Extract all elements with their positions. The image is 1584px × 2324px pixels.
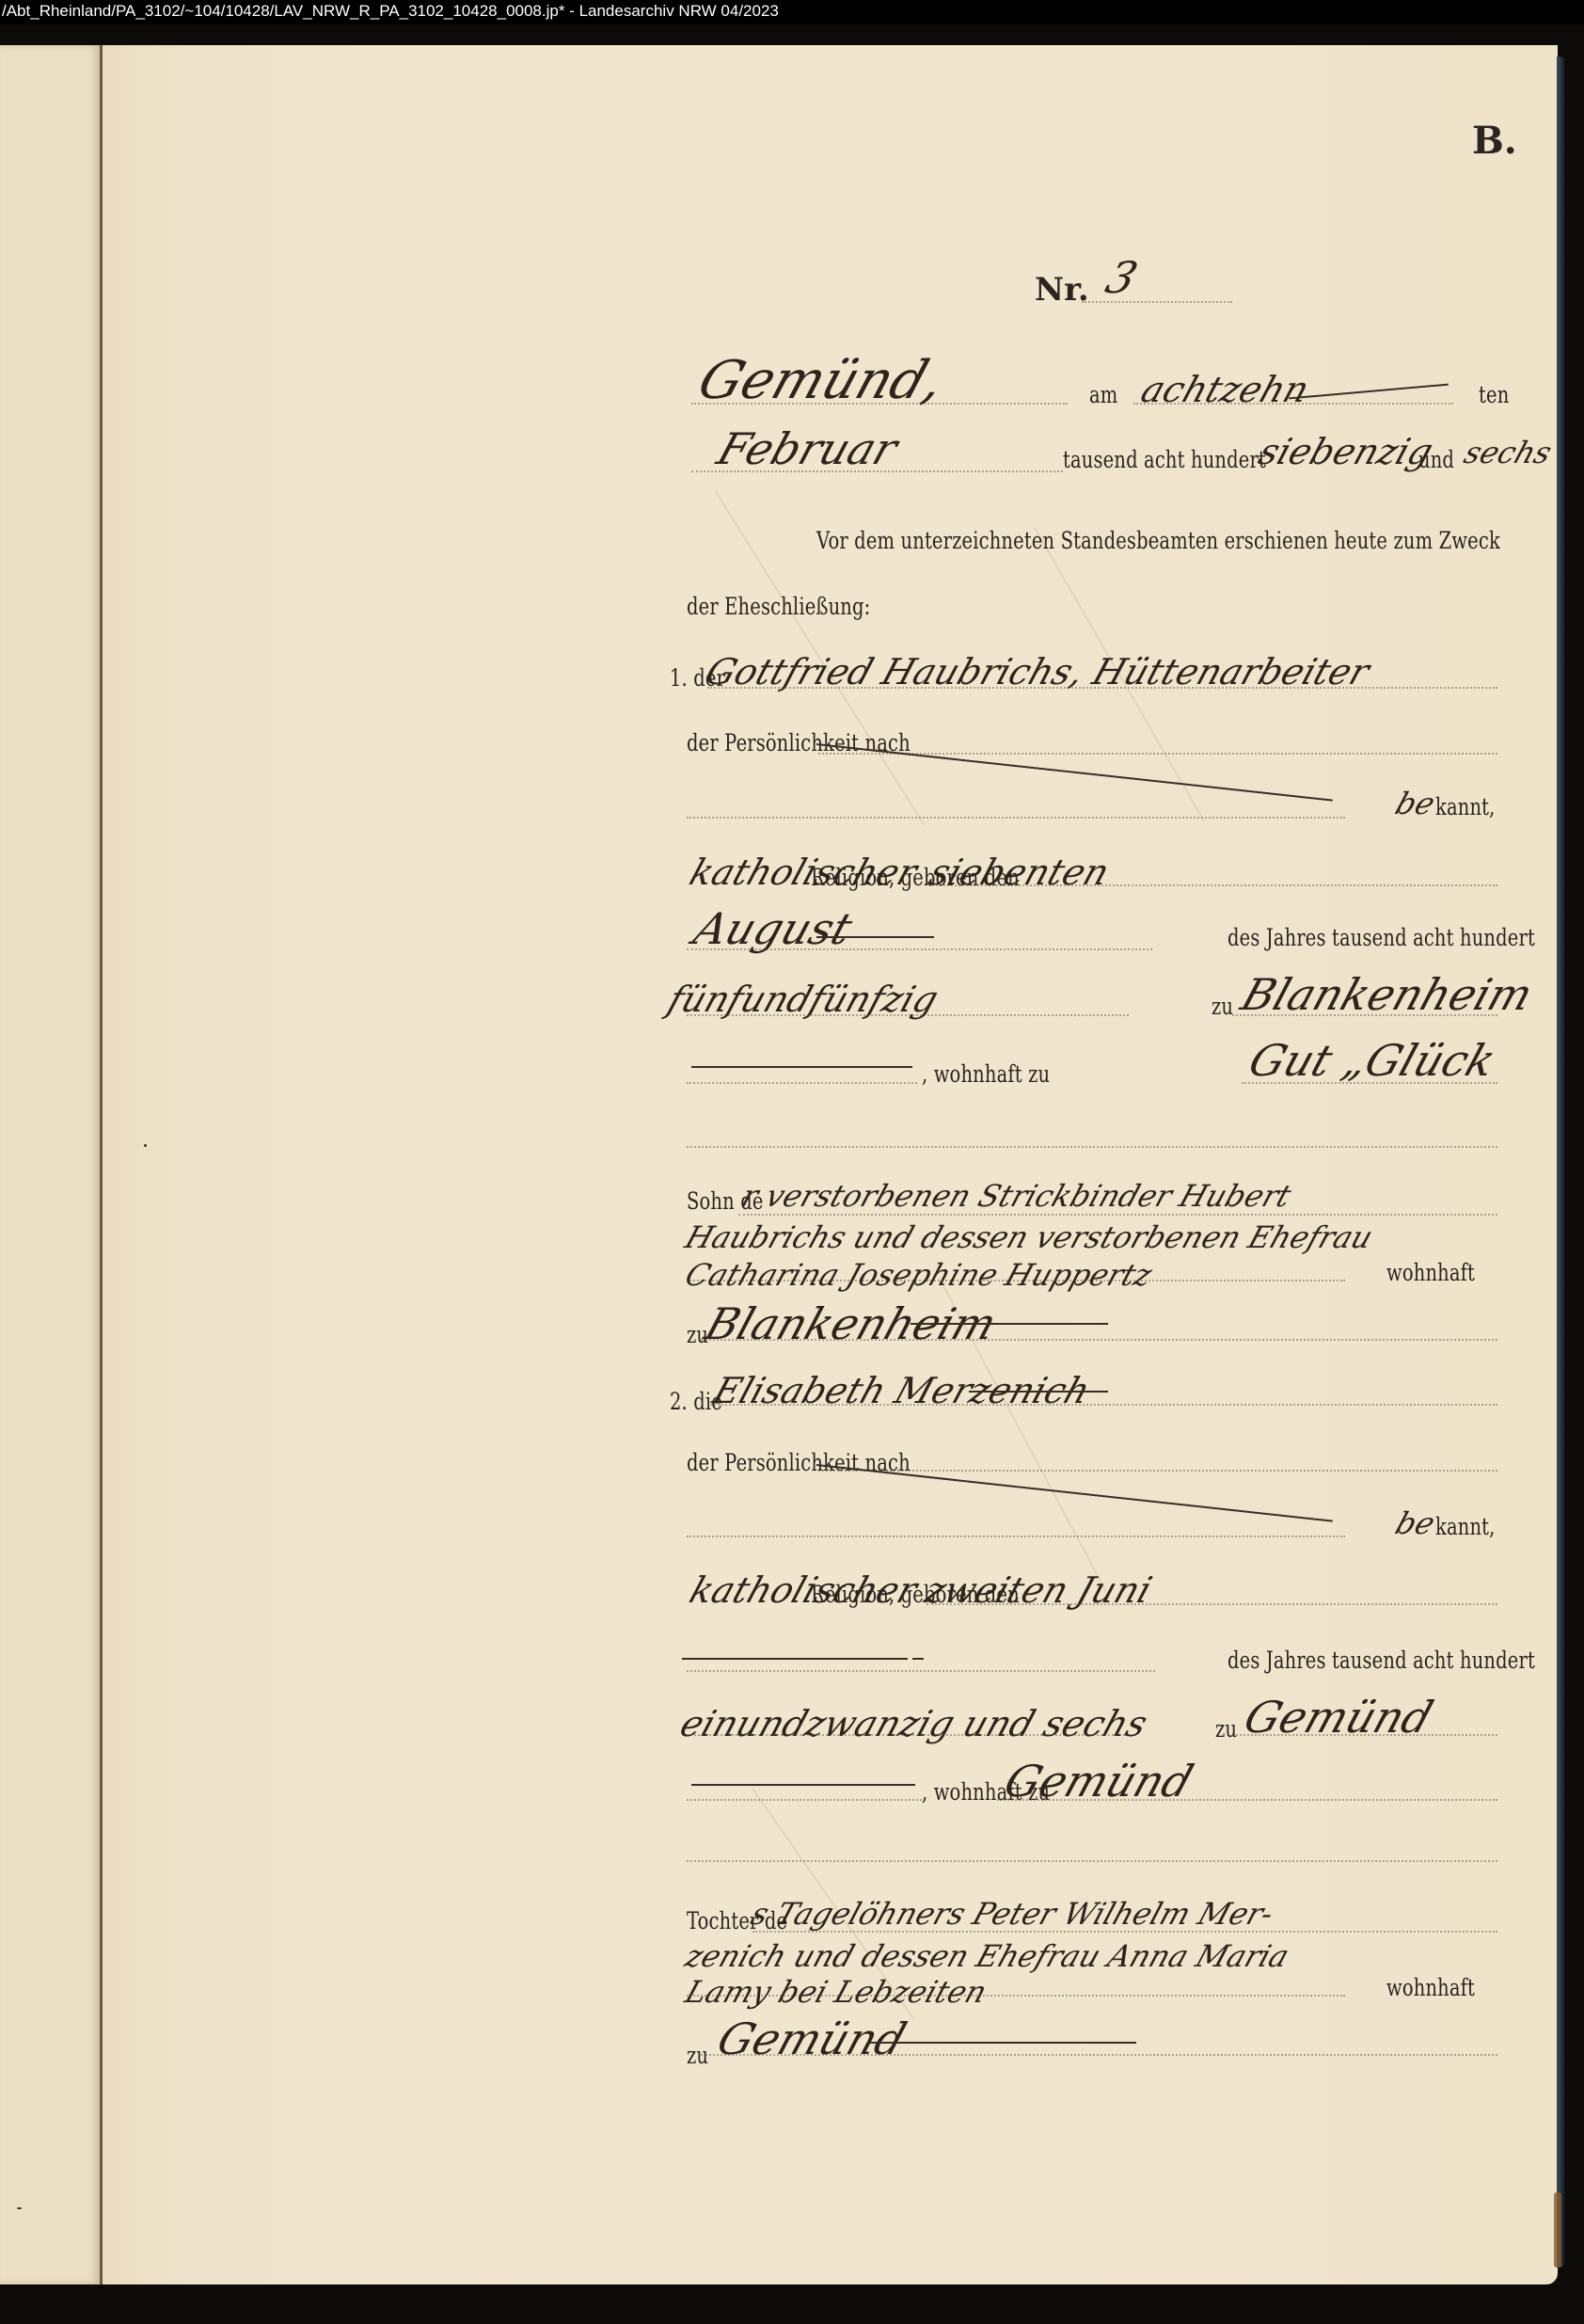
left-page	[0, 45, 101, 2284]
fill-stroke	[691, 1784, 915, 1786]
dotted-line	[707, 1404, 1497, 1406]
label-und: und	[1418, 446, 1454, 473]
groom-born-at-label: zu	[1212, 993, 1233, 1020]
bride-parents-residence-label: wohnhaft	[1386, 1974, 1475, 2001]
dotted-line	[707, 687, 1497, 689]
dotted-line	[929, 884, 1497, 886]
groom-parents-line1: r verstorbenen Strickbinder Hubert	[737, 1178, 1296, 1214]
record-number-label: Nr.	[1035, 271, 1089, 309]
dotted-line	[687, 1995, 1345, 1997]
groom-parents-line2: Haubrichs und dessen verstorbenen Ehefra…	[681, 1219, 1378, 1255]
bride-identity-suffix: kannt,	[1435, 1513, 1496, 1540]
paper-speck	[144, 1144, 147, 1147]
dotted-line	[687, 817, 1345, 819]
fill-stroke	[969, 1391, 1108, 1393]
groom-birth-day: siebenten	[925, 852, 1115, 893]
viewer-title-bar: /Abt_Rheinland/PA_3102/~104/10428/LAV_NR…	[0, 0, 1584, 24]
dotted-line	[687, 1860, 1497, 1862]
date-year-ones: sechs	[1460, 435, 1557, 470]
bride-parents-line3: Lamy bei Lebzeiten	[681, 1974, 991, 2010]
groom-residence: Gut „Glück	[1243, 1035, 1502, 1086]
intro-text-line2: der Eheschließung:	[687, 593, 870, 620]
date-month: Februar	[711, 423, 904, 474]
label-am: am	[1089, 381, 1117, 408]
fill-stroke	[691, 1066, 912, 1068]
dotted-line	[1133, 403, 1453, 405]
viewer-title: /Abt_Rheinland/PA_3102/~104/10428/LAV_NR…	[2, 2, 779, 20]
label-year-prefix: tausend acht hundert	[1063, 446, 1266, 473]
dotted-line	[738, 1214, 1497, 1216]
dotted-line	[691, 403, 1068, 405]
bride-parents-line2: zenich und dessen Ehefrau Anna Maria	[681, 1938, 1293, 1974]
label-ten: ten	[1479, 381, 1509, 408]
dotted-line	[1232, 1014, 1497, 1016]
dotted-line	[818, 1470, 1497, 1472]
dotted-line	[1232, 1734, 1497, 1736]
dotted-line	[687, 948, 1152, 950]
dotted-line	[687, 1280, 1345, 1281]
fill-stroke	[870, 2042, 1136, 2044]
groom-residence-label: , wohnhaft zu	[922, 1060, 1050, 1088]
groom-born-at: Blankenheim	[1235, 969, 1539, 1020]
dotted-line	[687, 1536, 1345, 1537]
page-edge-stain	[1554, 2192, 1561, 2268]
dotted-line	[687, 1014, 1129, 1016]
intro-text-line1: Vor dem unterzeichneten Standesbeamten e…	[816, 527, 1500, 554]
bride-parents-residence: Gemünd	[711, 2014, 912, 2064]
dotted-line	[687, 1734, 1129, 1736]
groom-identity-suffix: kannt,	[1435, 793, 1496, 820]
bride-birth-year: einundzwanzig und sechs	[675, 1703, 1153, 1744]
fill-stroke	[682, 1658, 908, 1660]
dotted-line	[997, 1799, 1497, 1801]
form-letter: B.	[1472, 119, 1517, 163]
fill-stroke	[911, 1323, 1108, 1325]
dotted-line	[687, 1146, 1497, 1148]
date-year-tens: siebenzig	[1254, 431, 1438, 472]
bride-born-at-label: zu	[1215, 1715, 1237, 1743]
page-edge	[1557, 56, 1565, 2268]
groom-parents-line3: Catharina Josephine Huppertz	[681, 1257, 1157, 1293]
groom-year-label: des Jahres tausend acht hundert	[1228, 924, 1535, 951]
dotted-line	[701, 2054, 1497, 2056]
fill-stroke	[816, 936, 934, 938]
bride-year-label: des Jahres tausend acht hundert	[1228, 1647, 1535, 1674]
dotted-line	[691, 470, 1063, 472]
dotted-line	[927, 1603, 1497, 1605]
dotted-line	[1242, 1082, 1497, 1084]
dotted-line	[687, 1670, 1155, 1672]
dotted-line	[701, 1339, 1497, 1341]
bride-parents-line1: s Tagelöhners Peter Wilhelm Mer-	[747, 1896, 1278, 1932]
groom-parents-residence-label: wohnhaft	[1386, 1259, 1475, 1286]
dotted-line	[1082, 301, 1232, 303]
dotted-line	[687, 1082, 917, 1084]
fill-stroke	[912, 1658, 924, 1660]
groom-birth-month: August	[688, 903, 859, 954]
dotted-line	[752, 1931, 1497, 1933]
paper-speck	[17, 2207, 22, 2209]
dotted-line	[687, 1799, 922, 1801]
